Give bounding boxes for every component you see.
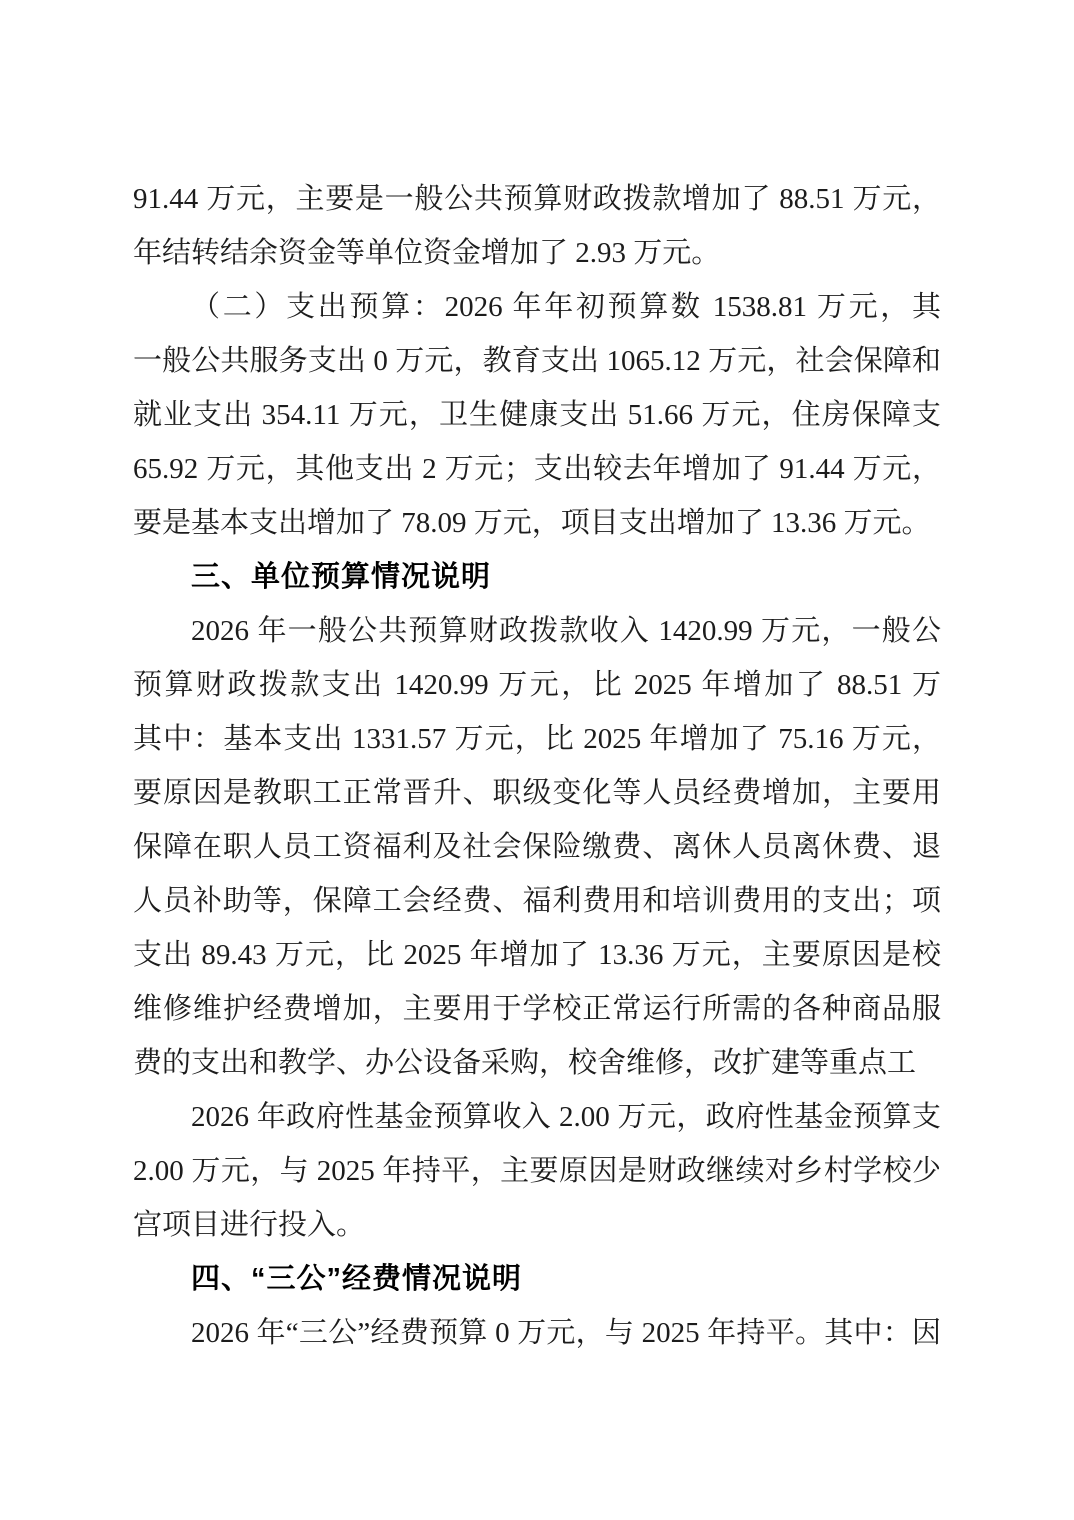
document-body: 91.44 万元，主要是一般公共预算财政拨款增加了 88.51 万元，上年结转结… bbox=[133, 172, 941, 1360]
text-line: 要原因是教职工正常晋升、职级变化等人员经费增加，主要用于 bbox=[133, 766, 941, 820]
text-line: 支出 89.43 万元，比 2025 年增加了 13.36 万元，主要原因是校舍 bbox=[133, 928, 941, 982]
text-line: 维修维护经费增加，主要用于学校正常运行所需的各种商品服务 bbox=[133, 982, 941, 1036]
paragraph: 2026 年政府性基金预算收入 2.00 万元，政府性基金预算支出2.00 万元… bbox=[133, 1090, 941, 1252]
text-line: 人员补助等，保障工会经费、福利费用和培训费用的支出；项目 bbox=[133, 874, 941, 928]
paragraph: 91.44 万元，主要是一般公共预算财政拨款增加了 88.51 万元，上年结转结… bbox=[133, 172, 941, 280]
text-line: 一般公共服务支出 0 万元，教育支出 1065.12 万元，社会保障和 bbox=[133, 334, 941, 388]
text-line: 其中：基本支出 1331.57 万元，比 2025 年增加了 75.16 万元，… bbox=[133, 712, 941, 766]
text-line: 保障在职人员工资福利及社会保险缴费、离休人员离休费、退休 bbox=[133, 820, 941, 874]
text-line: 2026 年一般公共预算财政拨款收入 1420.99 万元，一般公共 bbox=[133, 604, 941, 658]
text-line: 91.44 万元，主要是一般公共预算财政拨款增加了 88.51 万元，上 bbox=[133, 172, 941, 226]
text-line: 预算财政拨款支出 1420.99 万元，比 2025 年增加了 88.51 万元… bbox=[133, 658, 941, 712]
paragraph: 2026 年一般公共预算财政拨款收入 1420.99 万元，一般公共预算财政拨款… bbox=[133, 604, 941, 1090]
text-line: 2026 年政府性基金预算收入 2.00 万元，政府性基金预算支出 bbox=[133, 1090, 941, 1144]
text-line: 2026 年“三公”经费预算 0 万元，与 2025 年持平。其中：因公 bbox=[133, 1306, 941, 1360]
text-line: （二）支出预算：2026 年年初预算数 1538.81 万元，其中： bbox=[133, 280, 941, 334]
text-line: 65.92 万元，其他支出 2 万元；支出较去年增加了 91.44 万元，主 bbox=[133, 442, 941, 496]
document-page: 91.44 万元，主要是一般公共预算财政拨款增加了 88.51 万元，上年结转结… bbox=[0, 0, 1074, 1520]
text-line: 年结转结余资金等单位资金增加了 2.93 万元。 bbox=[133, 226, 941, 280]
paragraph: 2026 年“三公”经费预算 0 万元，与 2025 年持平。其中：因公 bbox=[133, 1306, 941, 1360]
page: { "page": { "background": "#ffffff", "bo… bbox=[0, 0, 1074, 1520]
text-line: 宫项目进行投入。 bbox=[133, 1198, 941, 1252]
text-line: 要是基本支出增加了 78.09 万元，项目支出增加了 13.36 万元。 bbox=[133, 496, 941, 550]
text-line: 就业支出 354.11 万元，卫生健康支出 51.66 万元，住房保障支出 bbox=[133, 388, 941, 442]
text-line: 2.00 万元，与 2025 年持平，主要原因是财政继续对乡村学校少年 bbox=[133, 1144, 941, 1198]
paragraph: （二）支出预算：2026 年年初预算数 1538.81 万元，其中：一般公共服务… bbox=[133, 280, 941, 550]
text-line: 费的支出和教学、办公设备采购，校舍维修，改扩建等重点工作。 bbox=[133, 1036, 941, 1090]
section-heading: 四、“三公”经费情况说明 bbox=[133, 1252, 941, 1306]
section-heading: 三、单位预算情况说明 bbox=[133, 550, 941, 604]
